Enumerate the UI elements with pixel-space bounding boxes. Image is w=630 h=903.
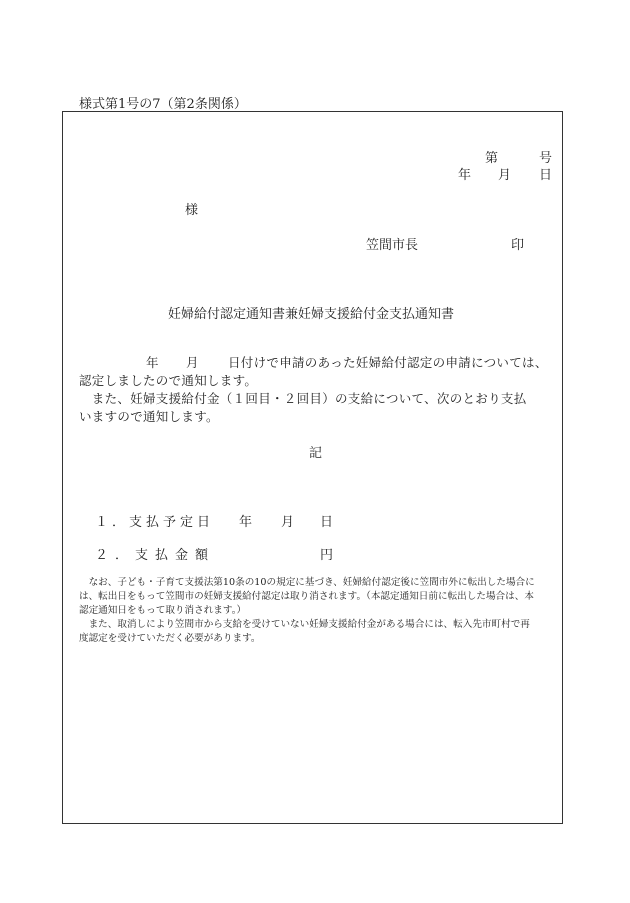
date-month: 月	[498, 164, 511, 183]
date-day: 日	[539, 164, 552, 183]
recipient-suffix: 様	[185, 199, 198, 218]
issuer-seal: 印	[511, 234, 524, 253]
body-line2: 認定しましたので通知します。	[79, 371, 257, 389]
item-payment-date-month: 月	[281, 511, 294, 530]
form-number-label: 様式第1号の7（第2条関係）	[79, 93, 247, 112]
doc-number-dai: 第	[485, 147, 498, 166]
document-title: 妊婦給付認定通知書兼妊婦支援給付金支払通知書	[168, 303, 454, 322]
date-year: 年	[458, 164, 471, 183]
ki-heading: 記	[309, 442, 322, 461]
item-payment-date-day: 日	[320, 511, 333, 530]
body-line1: 日付けで申請のあった妊婦給付認定の申請については、	[228, 353, 548, 371]
note-line2: は、転出日をもって笠間市の妊婦支援給付認定は取り消されます。（本認定通知日前に転…	[79, 590, 534, 604]
item-payment-amount-label: ２．支払金額	[95, 544, 215, 563]
note-line1: なお、子ども・子育て支援法第10条の10の規定に基づき、妊婦給付認定後に笠間市外…	[79, 576, 535, 590]
body-year: 年	[146, 353, 159, 371]
issuer-title: 笠間市長	[366, 234, 418, 253]
item-payment-date-label: １．支払予定日	[95, 511, 214, 530]
item-payment-date-year: 年	[239, 511, 252, 530]
note-line5: 度認定を受けていただく必要があります。	[79, 632, 261, 646]
body-line3: また、妊婦支援給付金（１回目・２回目）の支給について、次のとおり支払	[79, 389, 527, 407]
document-frame	[62, 111, 563, 824]
body-month: 月	[186, 353, 199, 371]
item-payment-amount-unit: 円	[320, 544, 333, 563]
note-line4: また、取消しにより笠間市から支給を受けていない妊婦支援給付金がある場合には、転入…	[79, 618, 530, 632]
note-line3: 認定通知日をもって取り消されます。）	[79, 604, 246, 618]
body-line4: いますので通知します。	[79, 407, 219, 425]
